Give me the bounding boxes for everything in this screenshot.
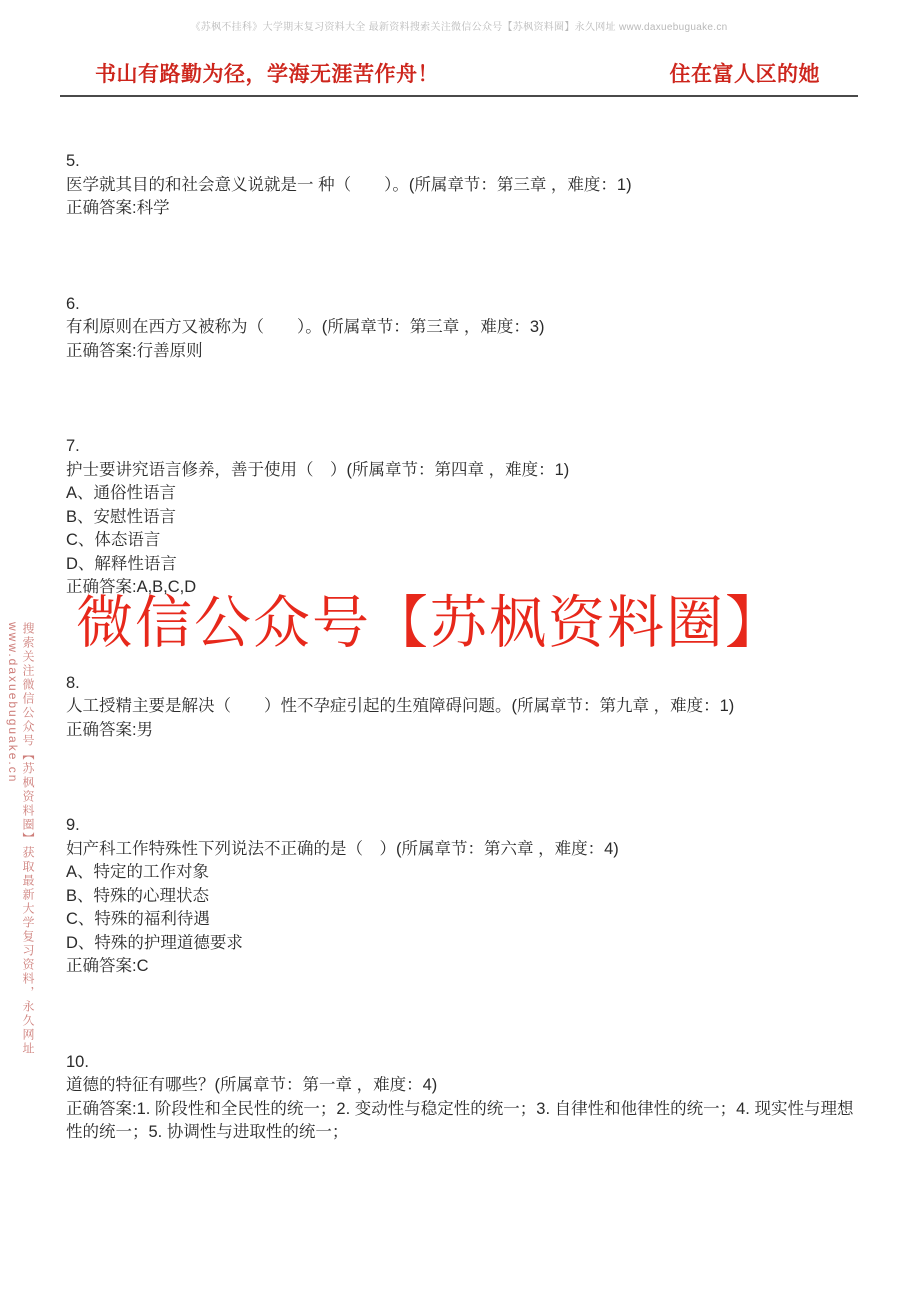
question-option: C、体态语言 [66, 529, 858, 553]
top-site-note: 《苏枫不挂科》大学期末复习资料大全 最新资料搜索关注微信公众号【苏枫资料圈】永久… [0, 18, 918, 33]
question-text: 人工授精主要是解决（ ）性不孕症引起的生殖障碍问题。(所属章节：第九章 ，难度：… [66, 695, 858, 719]
question-block: 9.妇产科工作特殊性下列说法不正确的是（ ）(所属章节：第六章 ，难度：4)A、… [66, 814, 858, 979]
question-answer: 正确答案:A,B,C,D [66, 576, 858, 600]
question-text: 护士要讲究语言修养，善于使用（ ）(所属章节：第四章 ，难度：1) [66, 459, 858, 483]
question-answer: 正确答案:男 [66, 719, 858, 743]
question-number: 5. [66, 150, 858, 174]
question-text: 医学就其目的和社会意义说就是一 种（ ）。(所属章节：第三章 ，难度：1) [66, 174, 858, 198]
question-text: 有利原则在西方又被称为（ ）。(所属章节：第三章 ，难度：3) [66, 316, 858, 340]
question-option: A、通俗性语言 [66, 482, 858, 506]
question-block: 8.人工授精主要是解决（ ）性不孕症引起的生殖障碍问题。(所属章节：第九章 ，难… [66, 672, 858, 743]
question-option: B、特殊的心理状态 [66, 885, 858, 909]
question-option: D、解释性语言 [66, 553, 858, 577]
question-number: 7. [66, 435, 858, 459]
header-band: 书山有路勤为径，学海无涯苦作舟！ 住在富人区的她 [60, 58, 858, 88]
question-option: C、特殊的福利待遇 [66, 908, 858, 932]
header-divider-line [60, 95, 858, 97]
question-number: 10. [66, 1051, 858, 1075]
question-text: 道德的特征有哪些？(所属章节：第一章 ，难度：4) [66, 1074, 858, 1098]
question-text: 妇产科工作特殊性下列说法不正确的是（ ）(所属章节：第六章 ，难度：4) [66, 838, 858, 862]
question-answer: 正确答案:行善原则 [66, 340, 858, 364]
question-block: 6.有利原则在西方又被称为（ ）。(所属章节：第三章 ，难度：3)正确答案:行善… [66, 293, 858, 364]
question-number: 9. [66, 814, 858, 838]
question-option: A、特定的工作对象 [66, 861, 858, 885]
header-slogan-left: 书山有路勤为径，学海无涯苦作舟！ [95, 58, 439, 88]
questions: 5.医学就其目的和社会意义说就是一 种（ ）。(所属章节：第三章 ，难度：1)正… [66, 150, 858, 1217]
question-number: 6. [66, 293, 858, 317]
side-vertical-watermark: 搜索关注微信公众号【苏枫资料圈】获取最新大学复习资料，永久网址www.daxue… [6, 622, 37, 1182]
question-answer: 正确答案:科学 [66, 197, 858, 221]
question-option: D、特殊的护理道德要求 [66, 932, 858, 956]
document-page: { "page": { "top_note": "《苏枫不挂科》大学期末复习资料… [0, 0, 918, 1298]
question-block: 10.道德的特征有哪些？(所属章节：第一章 ，难度：4)正确答案:1. 阶段性和… [66, 1051, 858, 1145]
question-answer: 正确答案:C [66, 955, 858, 979]
question-block: 5.医学就其目的和社会意义说就是一 种（ ）。(所属章节：第三章 ，难度：1)正… [66, 150, 858, 221]
question-option: B、安慰性语言 [66, 506, 858, 530]
question-block: 7.护士要讲究语言修养，善于使用（ ）(所属章节：第四章 ，难度：1)A、通俗性… [66, 435, 858, 600]
question-number: 8. [66, 672, 858, 696]
header-slogan-right: 住在富人区的她 [670, 58, 821, 88]
question-answer: 正确答案:1. 阶段性和全民性的统一；2. 变动性与稳定性的统一；3. 自律性和… [66, 1098, 858, 1145]
